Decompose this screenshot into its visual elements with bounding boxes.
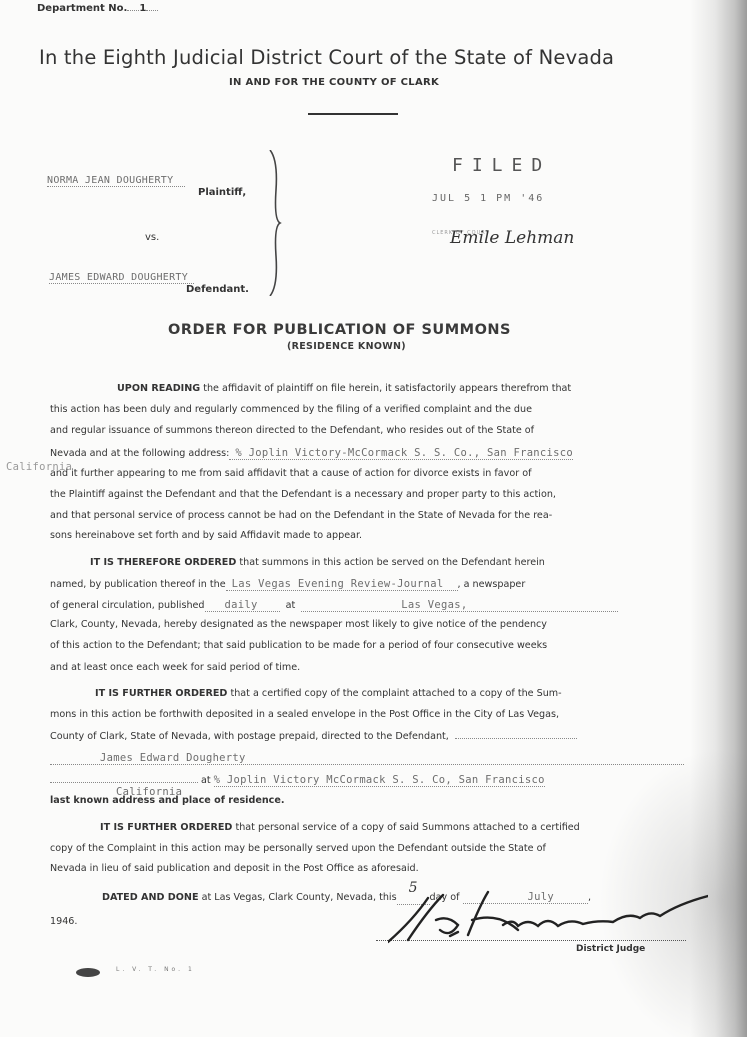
p2-line-1: IT IS THEREFORE ORDERED that summons in … <box>90 557 545 568</box>
p2-line-4: Clark, County, Nevada, hereby designated… <box>50 619 547 630</box>
order-subtitle: (RESIDENCE KNOWN) <box>287 341 406 352</box>
p3-line-2: mons in this action be forthwith deposit… <box>50 709 559 720</box>
p1-line-1: UPON READING the affidavit of plaintiff … <box>117 383 571 394</box>
p4-line-2: copy of the Complaint in this action may… <box>50 843 546 854</box>
footer-union-bug-icon <box>76 968 100 977</box>
newspaper-typed: Las Vegas Evening Review-Journal <box>226 578 458 591</box>
defendant-name: JAMES EDWARD DOUGHERTY <box>49 272 194 284</box>
p1-line-4: Nevada and at the following address:% Jo… <box>50 447 573 460</box>
judge-signature <box>388 890 708 950</box>
plaintiff-name: NORMA JEAN DOUGHERTY <box>47 175 185 187</box>
caption-bracket <box>268 150 282 296</box>
district-judge-label: District Judge <box>576 944 645 954</box>
filed-date: JUL 5 1 PM '46 <box>432 193 544 204</box>
plaintiff-label: Plaintiff, <box>198 187 246 198</box>
p2-line-6: and at least once each week for said per… <box>50 662 300 673</box>
city-typed: Las Vegas, <box>301 599 617 612</box>
county-line: IN AND FOR THE COUNTY OF CLARK <box>229 77 439 88</box>
defendant-label: Defendant. <box>186 284 249 295</box>
defendant-address-typed: % Joplin Victory McCormack S. S. Co, San… <box>214 774 545 787</box>
p1-line-2: this action has been duly and regularly … <box>50 404 532 415</box>
p2-line-3: of general circulation, publisheddailyat… <box>50 599 618 612</box>
department-value: 1 <box>139 3 146 14</box>
clerk-signature: Emile Lehman <box>450 228 574 248</box>
p1-line-7: and that personal service of process can… <box>50 510 552 521</box>
department-label: Department No. <box>37 3 127 14</box>
p1-line-3: and regular issuance of summons thereon … <box>50 425 534 436</box>
order-title: ORDER FOR PUBLICATION OF SUMMONS <box>168 322 511 338</box>
p3-line-1: IT IS FURTHER ORDERED that a certified c… <box>95 688 562 699</box>
department-number: Department No.1 <box>37 3 158 14</box>
p3-line-6: last known address and place of residenc… <box>50 795 285 806</box>
p4-line-1: IT IS FURTHER ORDERED that personal serv… <box>100 822 580 833</box>
court-title: In the Eighth Judicial District Court of… <box>39 46 614 69</box>
defendant-typed: James Edward Dougherty <box>50 752 684 765</box>
title-divider <box>308 113 398 115</box>
frequency-typed: daily <box>205 599 280 612</box>
p2-line-5: of this action to the Defendant; that sa… <box>50 640 547 651</box>
p1-line-5: and it further appearing to me from said… <box>50 468 531 479</box>
filed-stamp: FILED <box>452 155 551 176</box>
footer-mark: L. V. T. No. 1 <box>116 966 195 973</box>
p3-line-3: County of Clark, State of Nevada, with p… <box>50 731 577 742</box>
year: 1946. <box>50 916 77 927</box>
versus-label: vs. <box>145 232 159 243</box>
document-page: Department No.1 In the Eighth Judicial D… <box>0 0 747 1037</box>
p4-line-3: Nevada in lieu of said publication and d… <box>50 863 419 874</box>
p1-line-6: the Plaintiff against the Defendant and … <box>50 489 556 500</box>
p1-address-typed: % Joplin Victory-McCormack S. S. Co., Sa… <box>229 447 573 460</box>
p2-line-2: named, by publication thereof in theLas … <box>50 578 525 591</box>
p3-line-4: James Edward Dougherty <box>50 752 684 765</box>
p1-line-8: sons hereinabove set forth and by said A… <box>50 530 362 541</box>
